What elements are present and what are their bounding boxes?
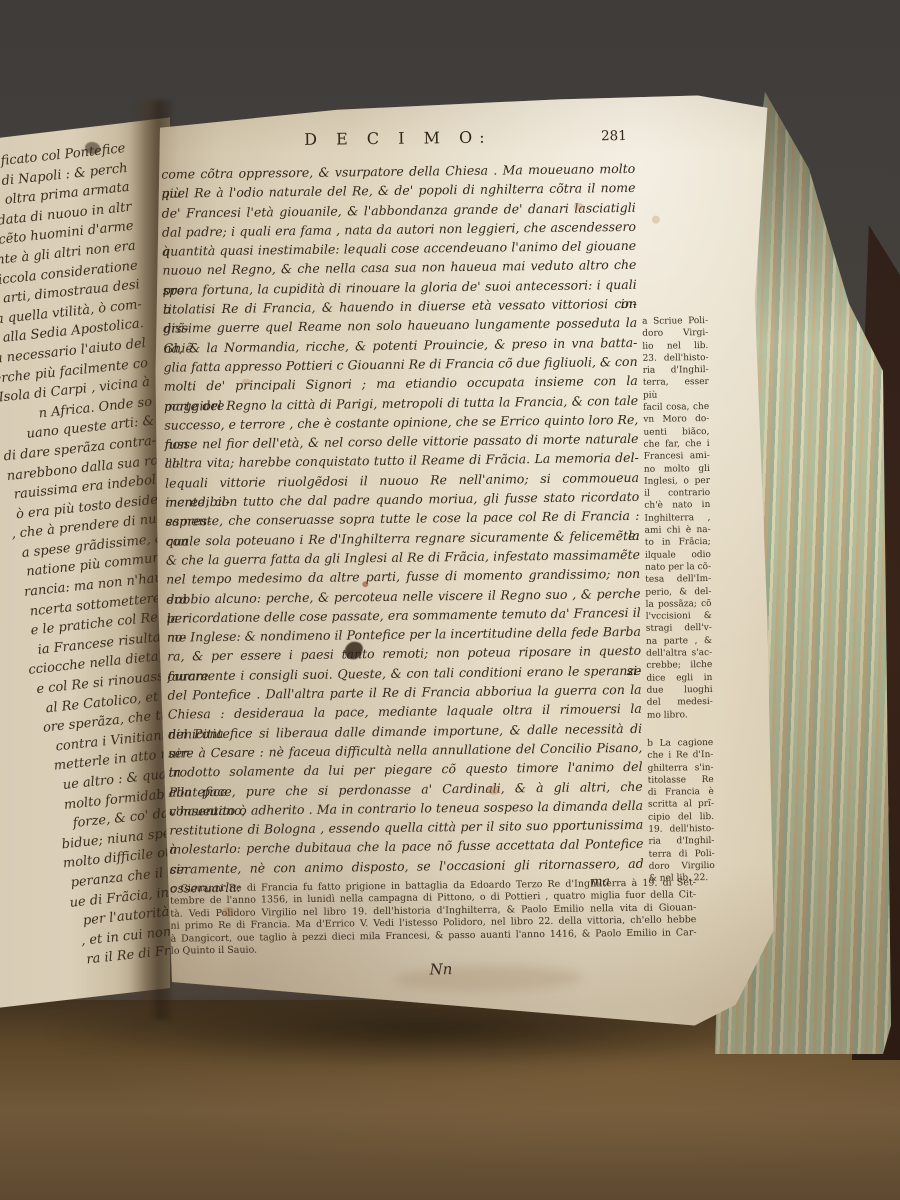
ink-stain	[85, 142, 100, 154]
text-line: vn Moro do-	[643, 413, 709, 426]
right-page-content: D E C I M O: 281 come cõtra oppressore, …	[142, 84, 785, 1037]
chapter-title: D E C I M O:	[161, 126, 635, 151]
foxing-spot	[242, 379, 251, 386]
text-line: l'vccisioni &	[646, 610, 712, 623]
text-line: del medesi-	[647, 696, 713, 709]
text-line: Inghilterra ,	[644, 512, 710, 525]
text-line: a Scriue Poli-	[642, 315, 708, 328]
text-line: Francesi ami-	[644, 450, 710, 463]
text-line: 19. dell'histo-	[648, 823, 714, 836]
text-line: uenti biãco,	[643, 426, 709, 439]
text-line: che i Re d'In-	[647, 749, 713, 762]
text-line: to in Frãcia;	[645, 536, 711, 549]
text-line: stragi dell'v-	[646, 622, 712, 635]
text-line: il contrario	[644, 487, 710, 500]
text-line: terra, esser più	[643, 376, 709, 401]
text-line: doro Virgi-	[642, 327, 708, 340]
foxing-spot	[652, 216, 660, 224]
text-line: la possãza; cõ	[645, 598, 711, 611]
main-text-block: come cõtra oppressore, & vsurpatore dell…	[161, 159, 644, 879]
text-line: dell'altra s'ac-	[646, 647, 712, 660]
text-line: ch'è nato in	[644, 499, 710, 512]
foxing-spot	[488, 786, 500, 795]
page-number: 281	[601, 128, 627, 144]
text-line: che far, che i	[644, 438, 710, 451]
text-line: doro Virgilio	[649, 860, 715, 873]
text-line: nato per la cõ-	[645, 561, 711, 574]
text-line: b La cagione	[647, 737, 713, 750]
right-page: D E C I M O: 281 come cõtra oppressore, …	[148, 88, 780, 1033]
foxing-spot	[362, 581, 368, 587]
running-head: D E C I M O: 281	[161, 126, 635, 158]
text-line: dice egli in	[646, 672, 712, 685]
text-line: Inglesi, o per	[644, 475, 710, 488]
text-line: facil cosa, che	[643, 401, 709, 414]
foxing-spot	[574, 203, 584, 211]
text-line: ghilterra s'in-	[647, 762, 713, 775]
footnote-block: c Giouanni Re di Francia fu fatto prigio…	[170, 877, 697, 958]
text-line: ria d'Inghil-	[643, 364, 709, 377]
text-line: crebbe; ilche	[646, 659, 712, 672]
text-line: 23. dell'histo-	[642, 352, 708, 365]
text-line: ami chi è na-	[645, 524, 711, 537]
foxing-spot	[222, 907, 235, 917]
text-line: terra di Poli-	[649, 848, 715, 861]
text-line: scritta al prĩ-	[648, 798, 714, 811]
text-line: di Francia è	[648, 786, 714, 799]
margin-note-b: b La cagioneche i Re d'In-ghilterra s'in…	[647, 737, 715, 885]
text-line: ilquale odio	[645, 549, 711, 562]
margin-note-a: a Scriue Poli-doro Virgi-lio nel lib.23.…	[642, 315, 713, 722]
text-line: no molto gli	[644, 463, 710, 476]
text-line: cipio del lib.	[648, 811, 714, 824]
text-line: lio nel lib.	[642, 340, 708, 353]
text-line: perio, & del-	[645, 586, 711, 599]
text-line: tesa dell'Im-	[645, 573, 711, 586]
text-line: titolasse Re	[648, 774, 714, 787]
text-line: due luoghi	[647, 684, 713, 697]
text-line: ria d'Inghil-	[648, 835, 714, 848]
text-line: mo libro.	[647, 708, 713, 721]
text-line: na parte , &	[646, 635, 712, 648]
